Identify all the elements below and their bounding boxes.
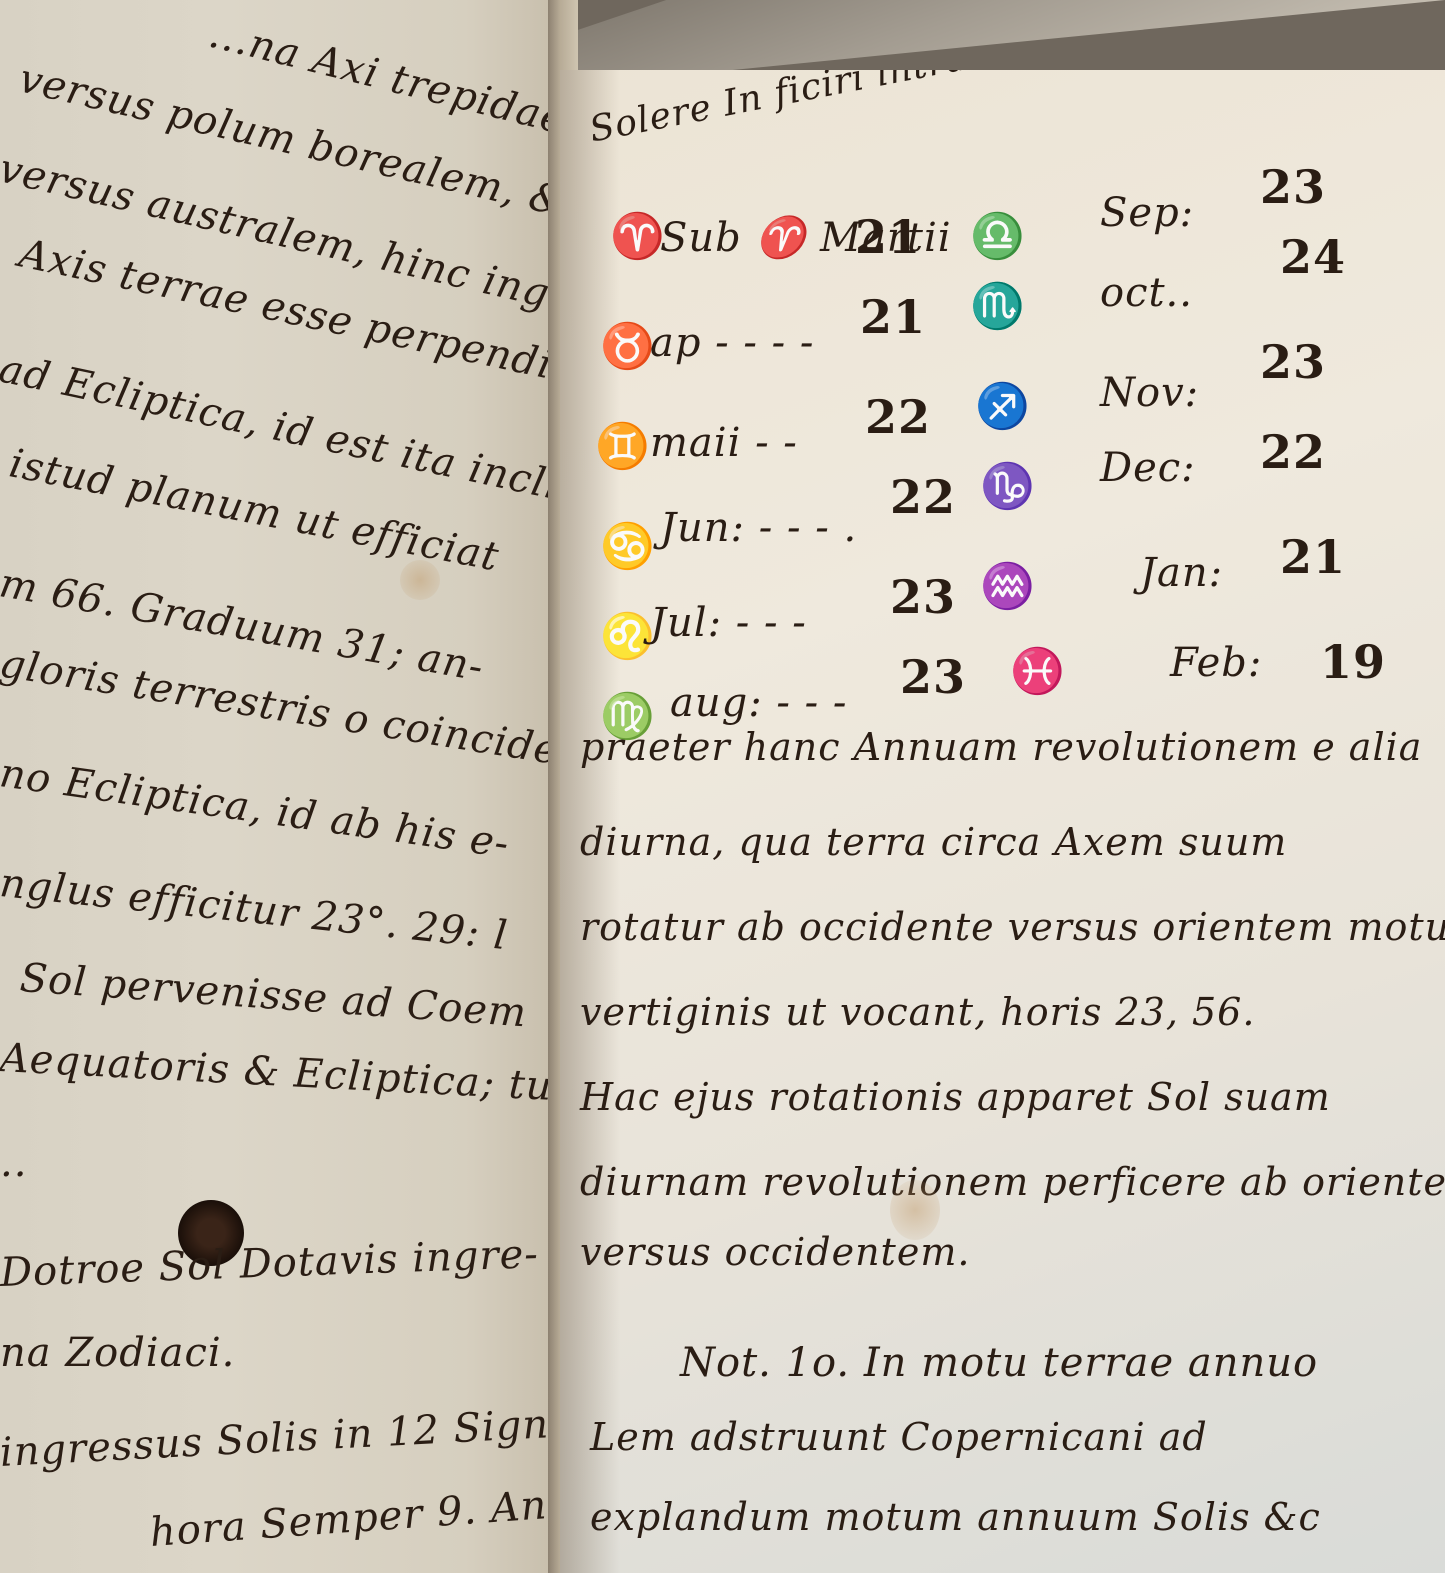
- leo-icon: ♌: [600, 610, 656, 662]
- cancer-icon: ♋: [600, 520, 656, 572]
- opp-month-label: oct..: [1100, 270, 1193, 316]
- left-line-10: nglus efficitur 23°. 29: l: [0, 860, 510, 959]
- pisces-icon: ♓: [1010, 645, 1066, 697]
- libra-icon: ♎: [970, 210, 1026, 262]
- left-line-12: Aequatoris & Ecliptica; tunc: [0, 1035, 550, 1113]
- day-value: 21: [855, 210, 921, 264]
- right-page: Solere In ficiri intra dies infra notato…: [560, 70, 1445, 1573]
- month-label: maii - -: [650, 420, 798, 466]
- left-line-17: hora Semper 9. Angere,: [148, 1475, 550, 1556]
- paragraph-line-3: rotatur ab occidente versus orientem mot…: [580, 905, 1445, 949]
- month-label: Jun: - - - .: [660, 505, 857, 551]
- taurus-icon: ♉: [600, 320, 656, 372]
- left-line-9: no Ecliptica, id ab his e-: [0, 750, 512, 867]
- paragraph-line-1: praeter hanc Annuam revolutionem e alia: [580, 725, 1422, 769]
- day-value: 21: [860, 290, 926, 344]
- aries-icon: ♈: [610, 210, 666, 262]
- left-page: ...na Axi trepidae versus polum borealem…: [0, 0, 550, 1573]
- day-value: 22: [890, 470, 956, 524]
- zodiac-row: ♍ aug: - - - 23 ♓ Feb: 19: [580, 670, 1420, 730]
- zodiac-row: ♌ Jul: - - - 23 ♒ Jan: 21: [580, 590, 1420, 650]
- paper-stain: [890, 1180, 940, 1240]
- page-corner-shadow: [560, 0, 1445, 80]
- left-line-15: na Zodiaci.: [0, 1330, 235, 1376]
- opp-day-value: 23: [1260, 335, 1326, 389]
- aquarius-icon: ♒: [980, 560, 1036, 612]
- opp-day-value: 19: [1320, 635, 1386, 689]
- left-line-14: Dotroe Sol Dotavis ingre-: [0, 1231, 539, 1296]
- opp-month-label: Jan:: [1140, 550, 1223, 596]
- left-line-13: ..: [0, 1140, 27, 1186]
- paragraph-line-6: diurnam revolutionem perficere ab orient…: [580, 1160, 1445, 1204]
- opp-day-value: 23: [1260, 160, 1326, 214]
- paragraph-line-4: vertiginis ut vocant, horis 23, 56.: [580, 990, 1255, 1034]
- opp-month-label: Dec:: [1100, 445, 1196, 491]
- opp-month-label: Sep:: [1100, 190, 1194, 236]
- day-value: 23: [890, 570, 956, 624]
- sagittarius-icon: ♐: [975, 380, 1031, 432]
- open-manuscript: ...na Axi trepidae versus polum borealem…: [0, 0, 1445, 1573]
- paragraph-line-2: diurna, qua terra circa Axem suum: [580, 820, 1287, 864]
- month-label: ap - - - -: [650, 320, 814, 366]
- month-label: aug: - - -: [670, 680, 847, 726]
- paper-stain: [400, 560, 440, 600]
- note-line-2: Lem adstruunt Copernicani ad: [590, 1415, 1208, 1459]
- opp-day-value: 22: [1260, 425, 1326, 479]
- note-line-1: Not. 1o. In motu terrae annuo: [680, 1340, 1318, 1386]
- day-value: 23: [900, 650, 966, 704]
- month-label: Jul: - - -: [650, 600, 807, 646]
- scorpio-icon: ♏: [970, 280, 1026, 332]
- paragraph-line-5: Hac ejus rotationis apparet Sol suam: [580, 1075, 1331, 1119]
- capricorn-icon: ♑: [980, 460, 1036, 512]
- left-line-11: Sol pervenisse ad Coem: [18, 955, 528, 1036]
- left-line-16: ingressus Solis in 12 Signa: [0, 1400, 550, 1476]
- day-value: 22: [865, 390, 931, 444]
- right-heading: Solere In ficiri intra dies infra notato…: [586, 70, 1327, 151]
- opp-month-label: Nov:: [1100, 370, 1199, 416]
- gemini-icon: ♊: [595, 420, 651, 472]
- opp-month-label: Feb:: [1170, 640, 1262, 686]
- opp-day-value: 24: [1280, 230, 1346, 284]
- note-line-3: explandum motum annuum Solis &c: [590, 1495, 1321, 1539]
- opp-day-value: 21: [1280, 530, 1346, 584]
